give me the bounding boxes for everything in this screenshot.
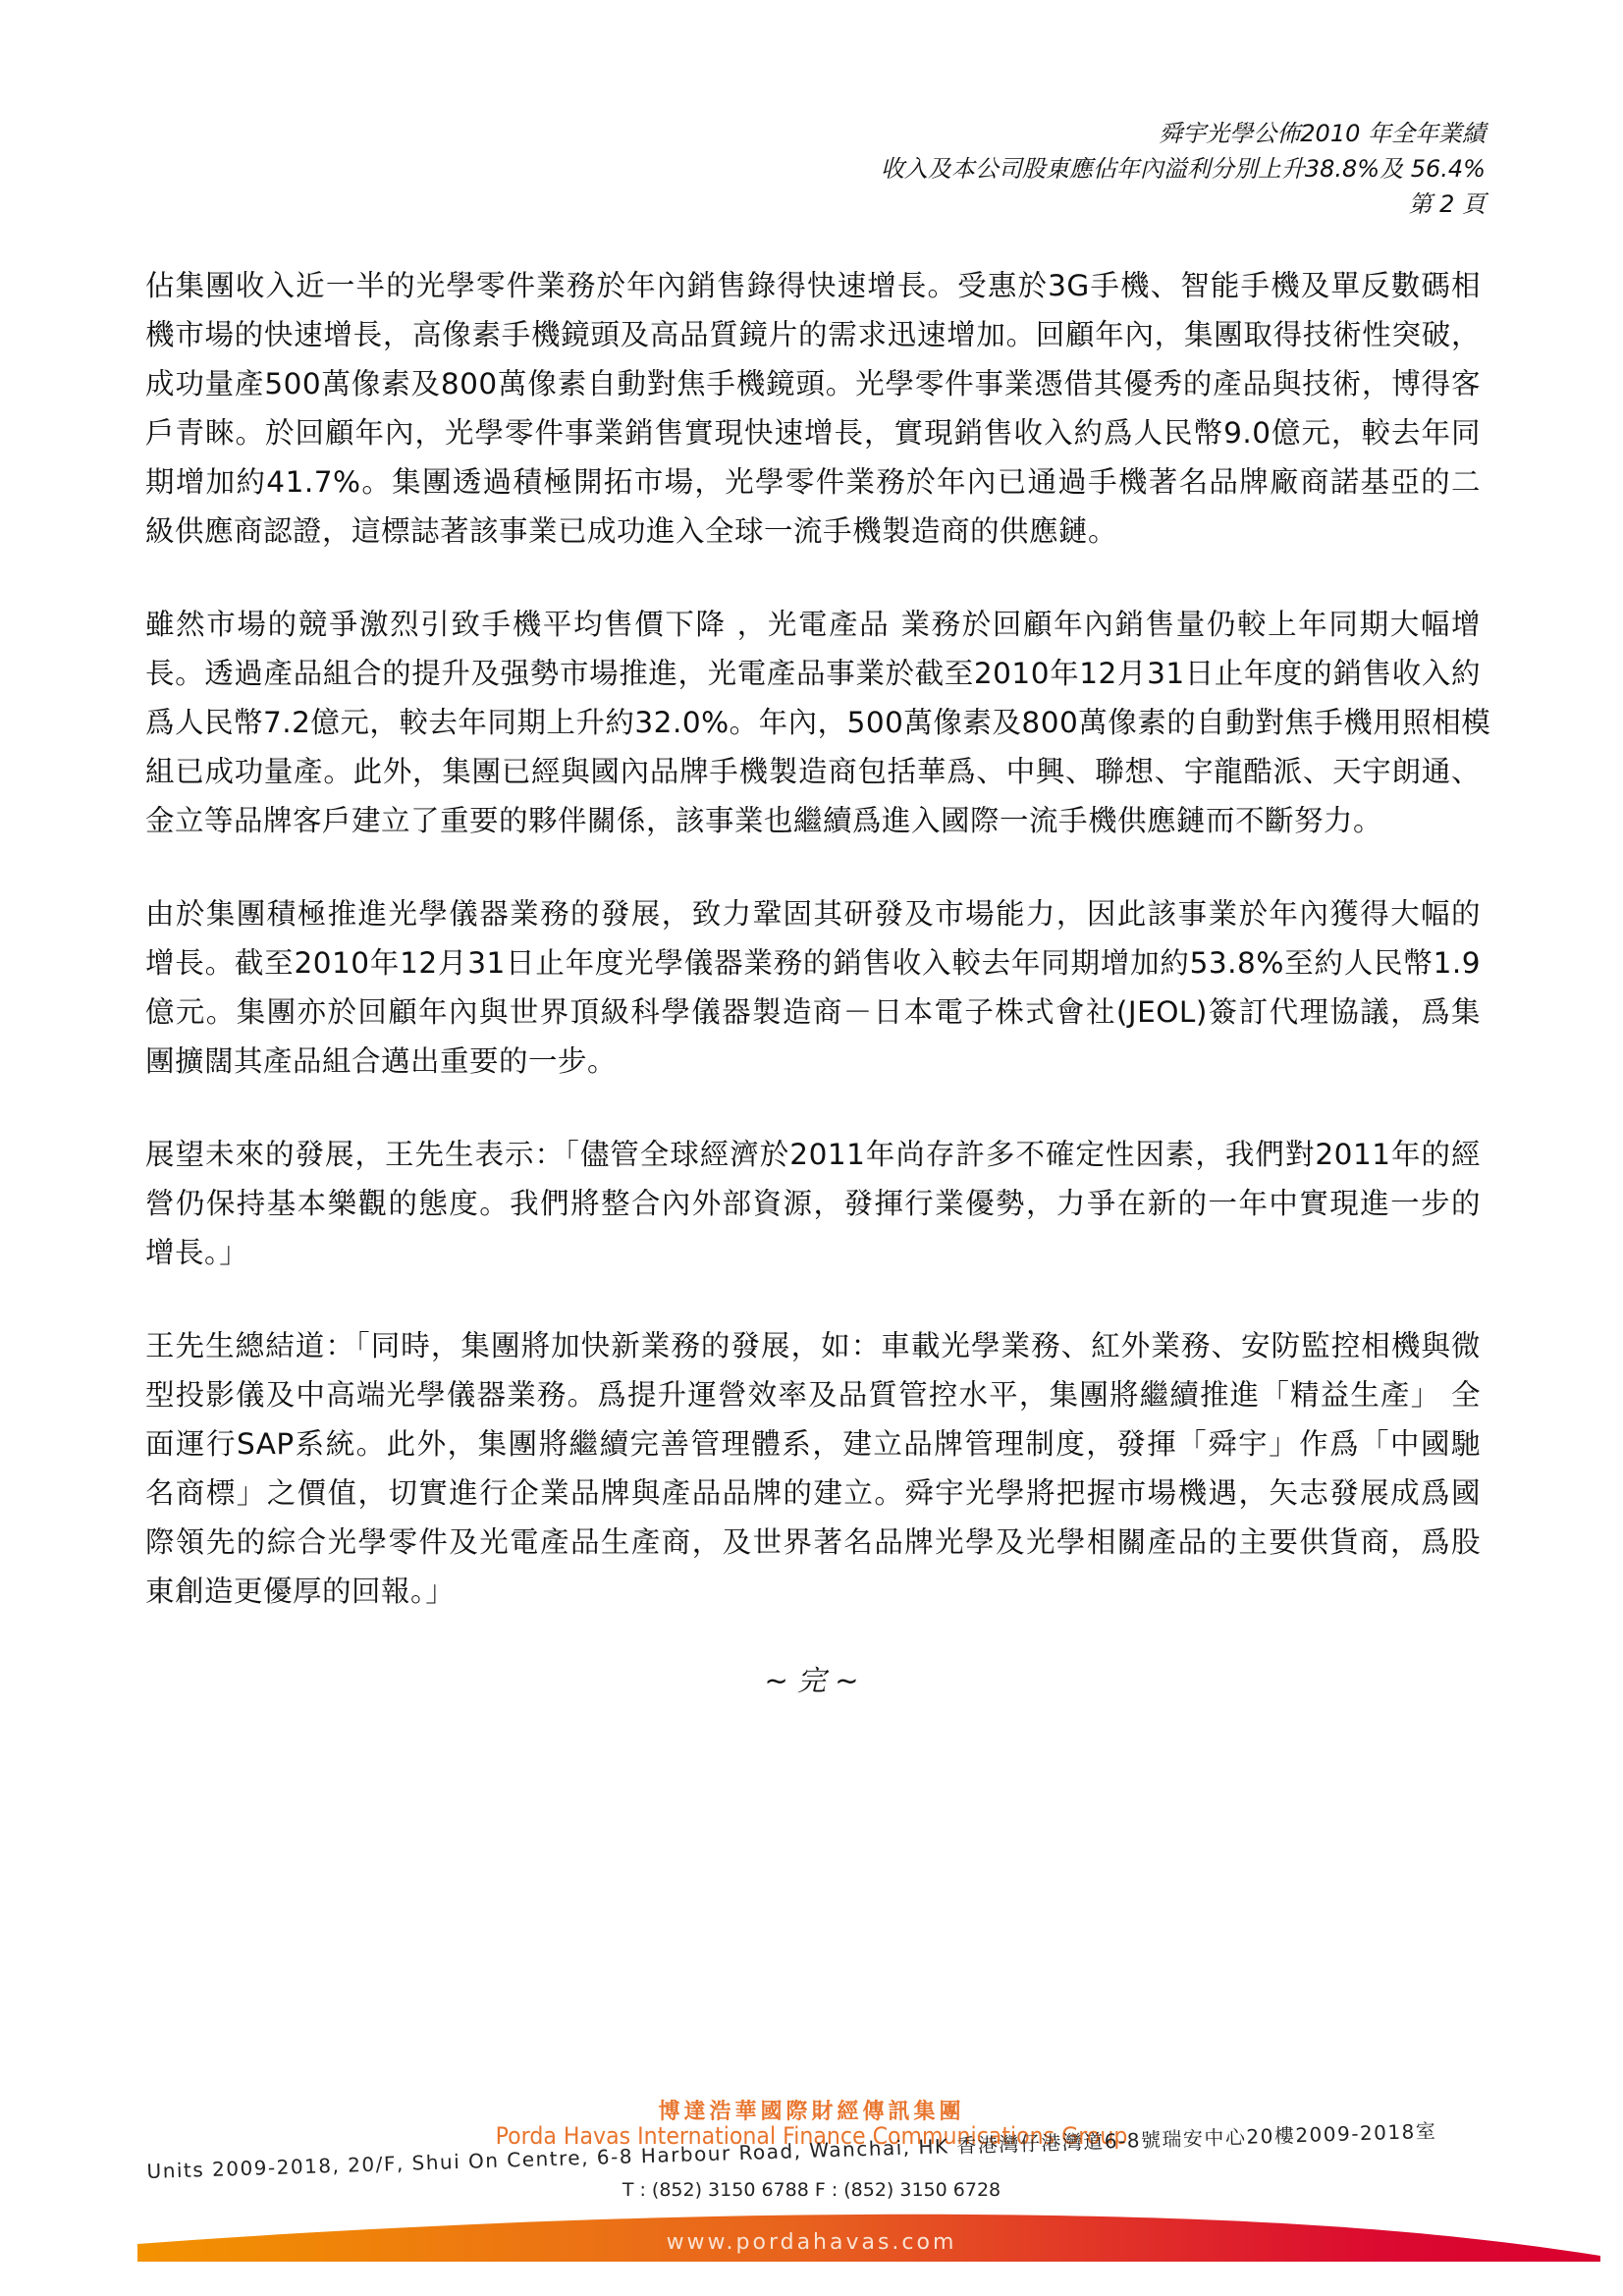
text-line: 由於集團積極推進光學儀器業務的發展，致力鞏固其研發及市場能力，因此該事業於年內獲… xyxy=(145,889,1481,938)
paragraph-optical-components: 佔集團收入近一半的光學零件業務於年內銷售錄得快速增長。受惠於3G手機、智能手機及… xyxy=(145,261,1481,556)
text-line: 佔集團收入近一半的光學零件業務於年內銷售錄得快速增長。受惠於3G手機、智能手機及… xyxy=(145,261,1481,310)
page-header: 舜宇光學公佈2010 年全年業績 收入及本公司股東應佔年內溢利分別上升38.8%… xyxy=(881,116,1486,222)
paragraph-outlook: 展望未來的發展，王先生表示：「儘管全球經濟於2011年尚存許多不確定性因素，我們… xyxy=(145,1130,1481,1277)
footer-website-link[interactable]: www.pordahavas.com xyxy=(0,2230,1623,2255)
text-line: 增長。截至2010年12月31日止年度光學儀器業務的銷售收入較去年同期增加約53… xyxy=(145,938,1481,988)
text-line: 營仍保持基本樂觀的態度。我們將整合內外部資源，發揮行業優勢，力爭在新的一年中實現… xyxy=(145,1179,1481,1228)
text-line: 期增加約41.7%。集團透過積極開拓市場，光學零件業務於年內已通過手機著名品牌廠… xyxy=(145,457,1481,507)
footer-phone-fax: T : (852) 3150 6788 F : (852) 3150 6728 xyxy=(0,2179,1623,2201)
header-page-number: 第 2 頁 xyxy=(881,187,1486,222)
text-line: 增長。」 xyxy=(145,1228,1481,1277)
header-title: 舜宇光學公佈2010 年全年業績 xyxy=(881,116,1486,151)
paragraph-optical-instruments: 由於集團積極推進光學儀器業務的發展，致力鞏固其研發及市場能力，因此該事業於年內獲… xyxy=(145,889,1481,1086)
text-line: 王先生總結道：「同時，集團將加快新業務的發展，如：車載光學業務、紅外業務、安防監… xyxy=(145,1321,1481,1370)
text-line: 億元。集團亦於回顧年內與世界頂級科學儀器製造商－日本電子株式會社(JEOL)簽訂… xyxy=(145,988,1481,1037)
text-line: 名商標」之價值，切實進行企業品牌與產品品牌的建立。舜宇光學將把握市場機遇，矢志發… xyxy=(145,1468,1481,1518)
text-line: 雖然市場的競爭激烈引致手機平均售價下降 ，光電產品 業務於回顧年內銷售量仍較上年… xyxy=(145,600,1481,649)
text-line: 面運行SAP系統。此外，集團將繼續完善管理體系，建立品牌管理制度，發揮「舜宇」作… xyxy=(145,1419,1481,1468)
paragraph-conclusion: 王先生總結道：「同時，集團將加快新業務的發展，如：車載光學業務、紅外業務、安防監… xyxy=(145,1321,1481,1616)
end-mark: ~ 完 ~ xyxy=(0,1659,1623,1699)
text-line: 團擴闊其產品組合邁出重要的一步。 xyxy=(145,1037,1481,1086)
text-line: 東創造更優厚的回報。」 xyxy=(145,1567,1481,1616)
text-line: 組已成功量產。此外，集團已經與國內品牌手機製造商包括華爲、中興、聯想、宇龍酷派、… xyxy=(145,747,1481,796)
text-line: 級供應商認證，這標誌著該事業已成功進入全球一流手機製造商的供應鏈。 xyxy=(145,507,1481,556)
text-line: 展望未來的發展，王先生表示：「儘管全球經濟於2011年尚存許多不確定性因素，我們… xyxy=(145,1130,1481,1179)
text-line: 戶青睞。於回顧年內，光學零件事業銷售實現快速增長，實現銷售收入約爲人民幣9.0億… xyxy=(145,408,1481,457)
text-line: 金立等品牌客戶建立了重要的夥伴關係，該事業也繼續爲進入國際一流手機供應鏈而不斷努… xyxy=(145,796,1481,845)
text-line: 長。透過產品組合的提升及强勢市場推進，光電產品事業於截至2010年12月31日止… xyxy=(145,649,1481,698)
text-line: 成功量產500萬像素及800萬像素自動對焦手機鏡頭。光學零件事業憑借其優秀的產品… xyxy=(145,359,1481,408)
header-subtitle: 收入及本公司股東應佔年內溢利分別上升38.8%及 56.4% xyxy=(881,151,1486,187)
text-line: 爲人民幣7.2億元，較去年同期上升約32.0%。年內，500萬像素及800萬像素… xyxy=(145,698,1481,747)
text-line: 際領先的綜合光學零件及光電產品生產商，及世界著名品牌光學及光學相關產品的主要供貨… xyxy=(145,1518,1481,1567)
document-body: 佔集團收入近一半的光學零件業務於年內銷售錄得快速增長。受惠於3G手機、智能手機及… xyxy=(145,261,1481,1660)
paragraph-optoelectronic-products: 雖然市場的競爭激烈引致手機平均售價下降 ，光電產品 業務於回顧年內銷售量仍較上年… xyxy=(145,600,1481,845)
text-line: 機市場的快速增長，高像素手機鏡頭及高品質鏡片的需求迅速增加。回顧年內，集團取得技… xyxy=(145,310,1481,359)
text-line: 型投影儀及中高端光學儀器業務。爲提升運營效率及品質管控水平，集團將繼續推進「精益… xyxy=(145,1370,1481,1419)
